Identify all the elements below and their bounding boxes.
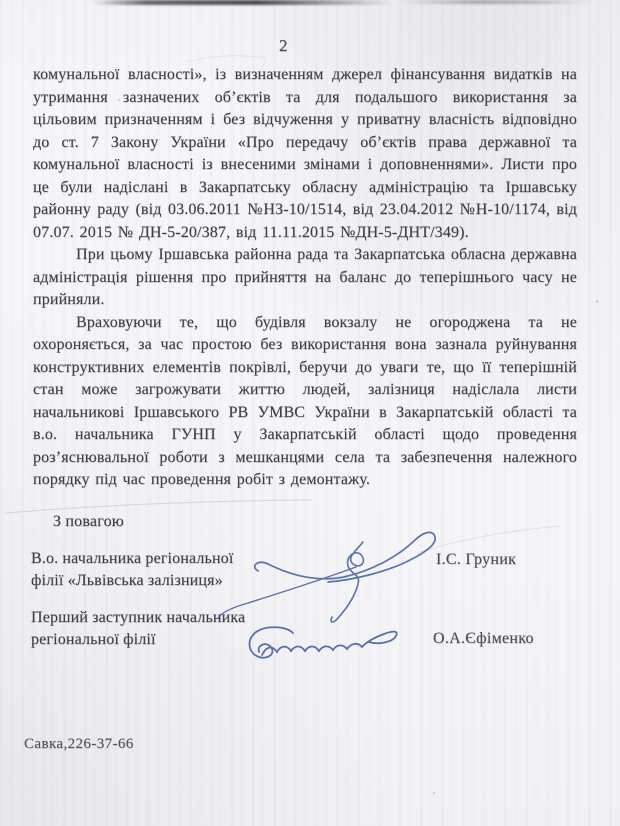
body-paragraph: При цьому Іршавська районна рада та Зака… xyxy=(33,244,577,312)
paper-speck xyxy=(596,300,598,303)
signature-yefimenko-ink xyxy=(250,627,397,657)
scan-edge-smudge-light xyxy=(400,0,590,4)
body-paragraph: комунальної власності», із визначенням д… xyxy=(33,64,577,244)
paper-crease xyxy=(186,56,266,62)
scan-edge-smudge xyxy=(92,0,392,5)
signatory-title: Перший заступник начальника регіональної… xyxy=(31,607,263,651)
scanned-letter-page: 2 комунальної власності», із визначенням… xyxy=(0,0,620,826)
signatory-title: В.о. начальника регіональної філії «Льві… xyxy=(31,548,263,592)
signatory-name: І.С. Груник xyxy=(436,551,516,569)
footer-contact: Савка,226-37-66 xyxy=(24,736,134,753)
body-paragraph: Враховуючи те, що будівля вокзалу не ого… xyxy=(33,312,577,492)
paper-crease xyxy=(6,500,312,513)
page-number: 2 xyxy=(279,36,288,56)
signatory-name: О.А.Єфіменко xyxy=(433,630,534,648)
paper-speck xyxy=(433,792,435,794)
letter-body: комунальної власності», із визначенням д… xyxy=(33,64,577,492)
paper-crease xyxy=(418,526,560,553)
closing-salutation: З повагою xyxy=(53,513,124,531)
